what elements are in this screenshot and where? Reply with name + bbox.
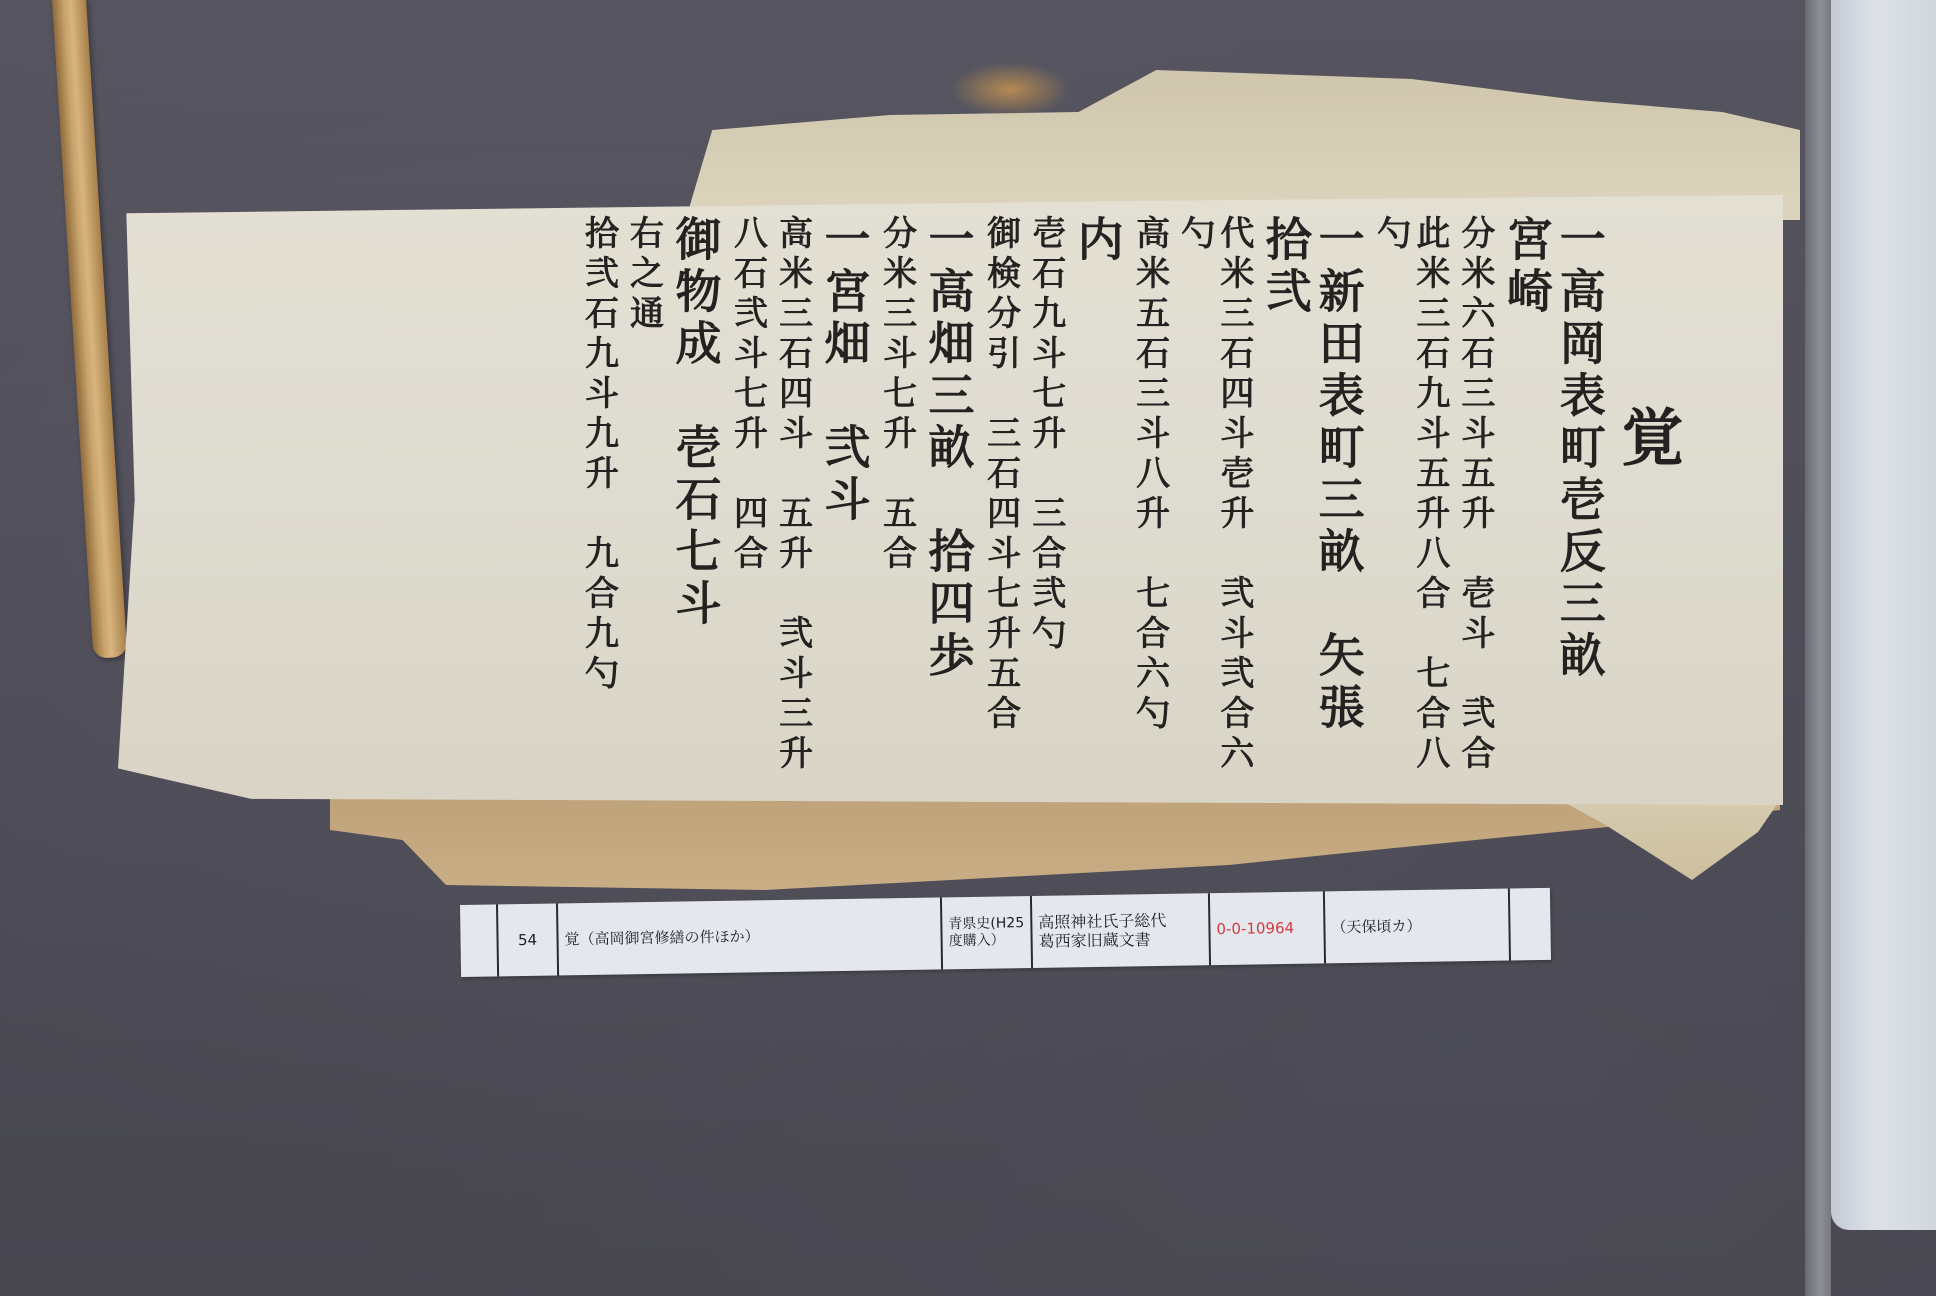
label-source-line2: 度購入）	[949, 932, 1025, 950]
text-column: 高米五石三斗八升 七合六勺	[1130, 215, 1169, 785]
label-collection: 高照神社氏子総代 葛西家旧蔵文書	[1032, 893, 1211, 968]
label-source: 青県史(H25 度購入）	[942, 896, 1033, 969]
text-column: 御検分引 三石四斗七升五合	[981, 215, 1020, 785]
text-column: 一高岡表町壱反三畝 宮崎	[1500, 215, 1606, 785]
label-id: 0-0-10964	[1210, 891, 1326, 965]
text-column: 一宮畑 弐斗	[818, 215, 871, 785]
label-blank-cell	[460, 904, 499, 977]
display-side-panel	[1831, 0, 1936, 1230]
display-case-frame	[1805, 0, 1831, 1296]
label-collection-line1: 高照神社氏子総代	[1038, 911, 1166, 932]
label-date: （天保頃カ）	[1325, 889, 1511, 964]
text-column: 拾弐石九斗九升 九合九勺	[578, 215, 617, 785]
text-column: 八石弐斗七升 四合	[727, 215, 766, 785]
text-column: 此米三石九斗五升八合 七合八勺	[1371, 215, 1449, 785]
label-source-line1: 青県史(H25	[948, 915, 1024, 933]
text-column: 分米六石三斗五升 壱斗 弐合	[1455, 215, 1494, 785]
label-collection-line2: 葛西家旧蔵文書	[1038, 930, 1166, 951]
text-column: 分米三斗七升 五合	[877, 215, 916, 785]
label-title: 覚（高岡御宮修繕の件ほか）	[558, 897, 943, 975]
paper-stain	[950, 62, 1070, 117]
label-blank-cell	[1510, 888, 1551, 961]
text-column: 代米三石四斗壱升 弐斗弐合六勺	[1175, 215, 1253, 785]
text-column: 御物成 壱石七斗	[669, 215, 722, 785]
text-column: 一高畑三畝 拾四歩	[922, 215, 975, 785]
manuscript-document: 覚 一高岡表町壱反三畝 宮崎 分米六石三斗五升 壱斗 弐合 此米三石九斗五升八合…	[118, 195, 1783, 805]
text-column: 壱石九斗七升 三合弐勺	[1026, 215, 1065, 785]
text-column: 右之通	[623, 215, 662, 785]
text-column: 高米三石四斗 五升 弐斗三升	[773, 215, 812, 785]
label-number: 54	[498, 903, 559, 976]
manuscript-text: 覚 一高岡表町壱反三畝 宮崎 分米六石三斗五升 壱斗 弐合 此米三石九斗五升八合…	[118, 195, 1783, 805]
text-column: 一新田表町三畝 矢張 拾弐	[1259, 215, 1365, 785]
text-column: 内	[1071, 215, 1124, 785]
document-heading: 覚	[1612, 215, 1683, 785]
